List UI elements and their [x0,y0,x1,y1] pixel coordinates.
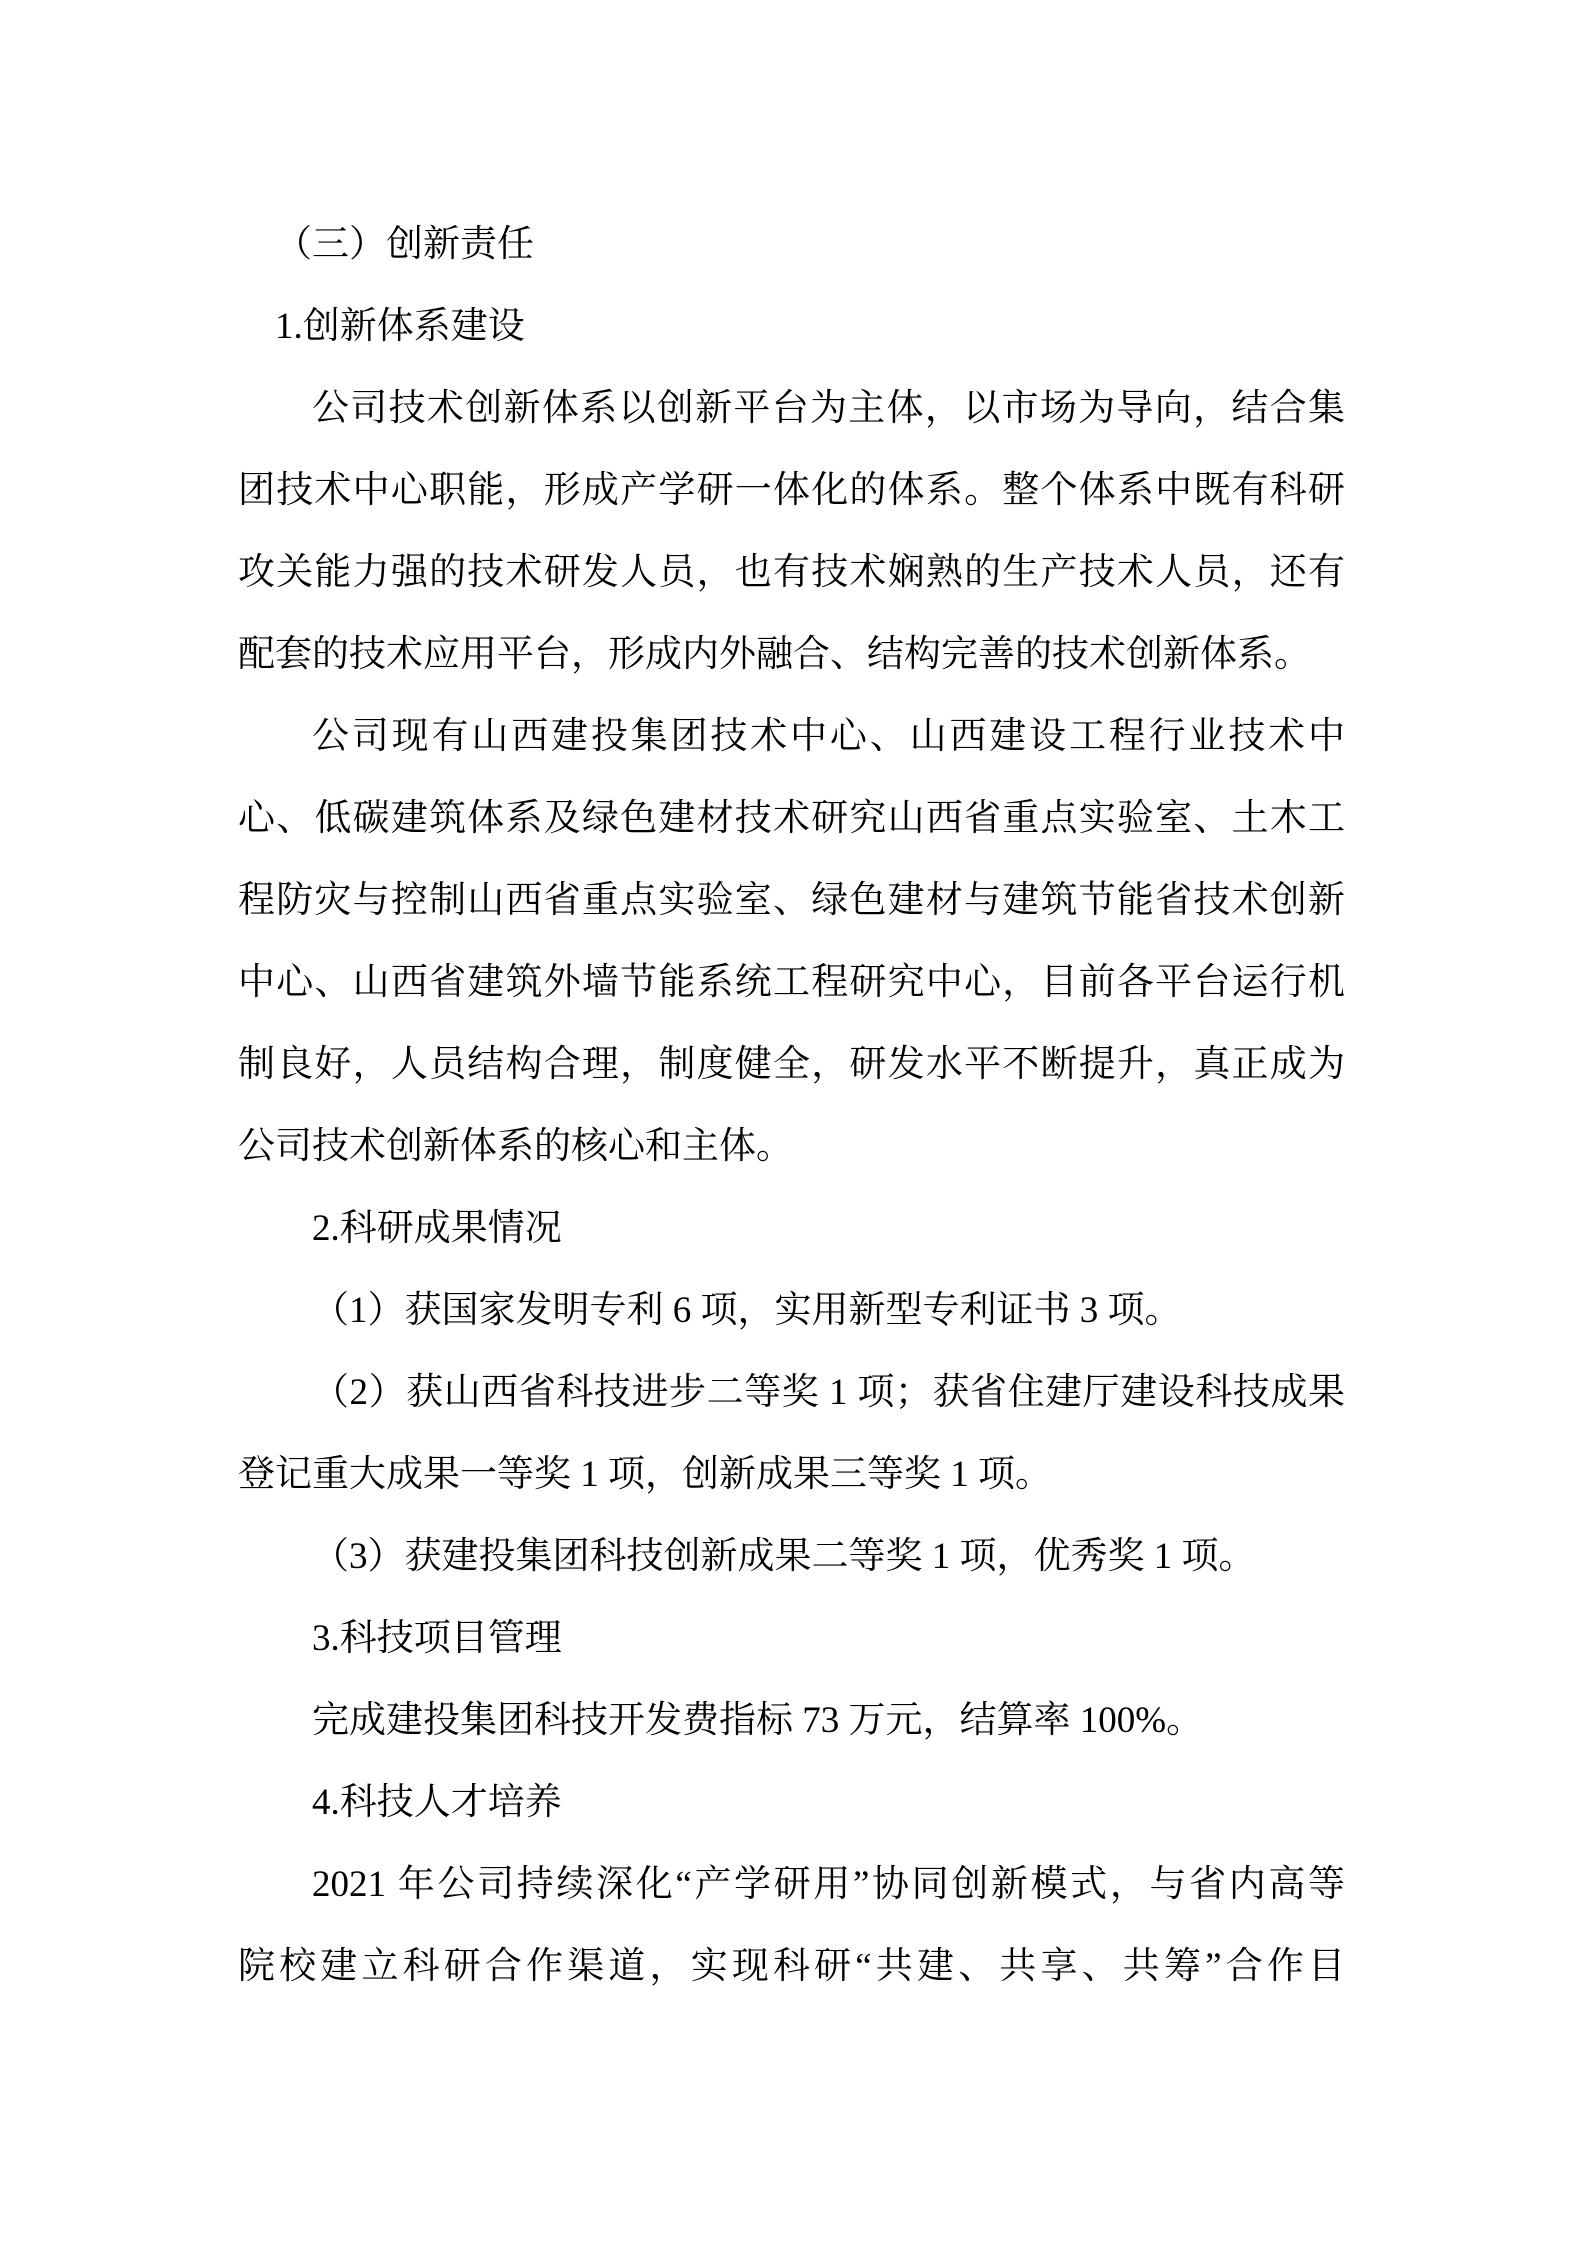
text-line: （3）获建投集团科技创新成果二等奖 1 项，优秀奖 1 项。 [238,1516,1345,1598]
text-line: 制良好，人员结构合理，制度健全，研发水平不断提升，真正成为 [238,1024,1345,1106]
text-line: 院校建立科研合作渠道，实现科研“共建、共享、共筹”合作目 [238,1926,1345,2008]
text-line: 中心、山西省建筑外墙节能系统工程研究中心，目前各平台运行机 [238,942,1345,1024]
numbered-heading-line: 2.科研成果情况 [238,1188,1345,1270]
text-line: 公司现有山西建投集团技术中心、山西建设工程行业技术中 [238,696,1345,778]
text-line: 公司技术创新体系以创新平台为主体，以市场为导向，结合集 [238,368,1345,450]
text-line: 配套的技术应用平台，形成内外融合、结构完善的技术创新体系。 [238,614,1345,696]
text-line: 团技术中心职能，形成产学研一体化的体系。整个体系中既有科研 [238,450,1345,532]
text-line: 心、低碳建筑体系及绿色建材技术研究山西省重点实验室、土木工 [238,778,1345,860]
numbered-heading-line: 1.创新体系建设 [238,286,1345,368]
numbered-heading-line: 4.科技人才培养 [238,1762,1345,1844]
numbered-heading-line: 3.科技项目管理 [238,1598,1345,1680]
text-line: 攻关能力强的技术研发人员，也有技术娴熟的生产技术人员，还有 [238,532,1345,614]
text-line: 公司技术创新体系的核心和主体。 [238,1106,1345,1188]
text-line: （1）获国家发明专利 6 项，实用新型专利证书 3 项。 [238,1270,1345,1352]
document-body: （三）创新责任1.创新体系建设公司技术创新体系以创新平台为主体，以市场为导向，结… [238,204,1345,2008]
text-line: 完成建投集团科技开发费指标 73 万元，结算率 100%。 [238,1680,1345,1762]
text-line: 程防灾与控制山西省重点实验室、绿色建材与建筑节能省技术创新 [238,860,1345,942]
document-page: （三）创新责任1.创新体系建设公司技术创新体系以创新平台为主体，以市场为导向，结… [0,0,1587,2245]
text-line: 登记重大成果一等奖 1 项，创新成果三等奖 1 项。 [238,1434,1345,1516]
section-heading-line: （三）创新责任 [238,204,1345,286]
text-line: （2）获山西省科技进步二等奖 1 项；获省住建厅建设科技成果 [238,1352,1345,1434]
text-line: 2021 年公司持续深化“产学研用”协同创新模式，与省内高等 [238,1844,1345,1926]
